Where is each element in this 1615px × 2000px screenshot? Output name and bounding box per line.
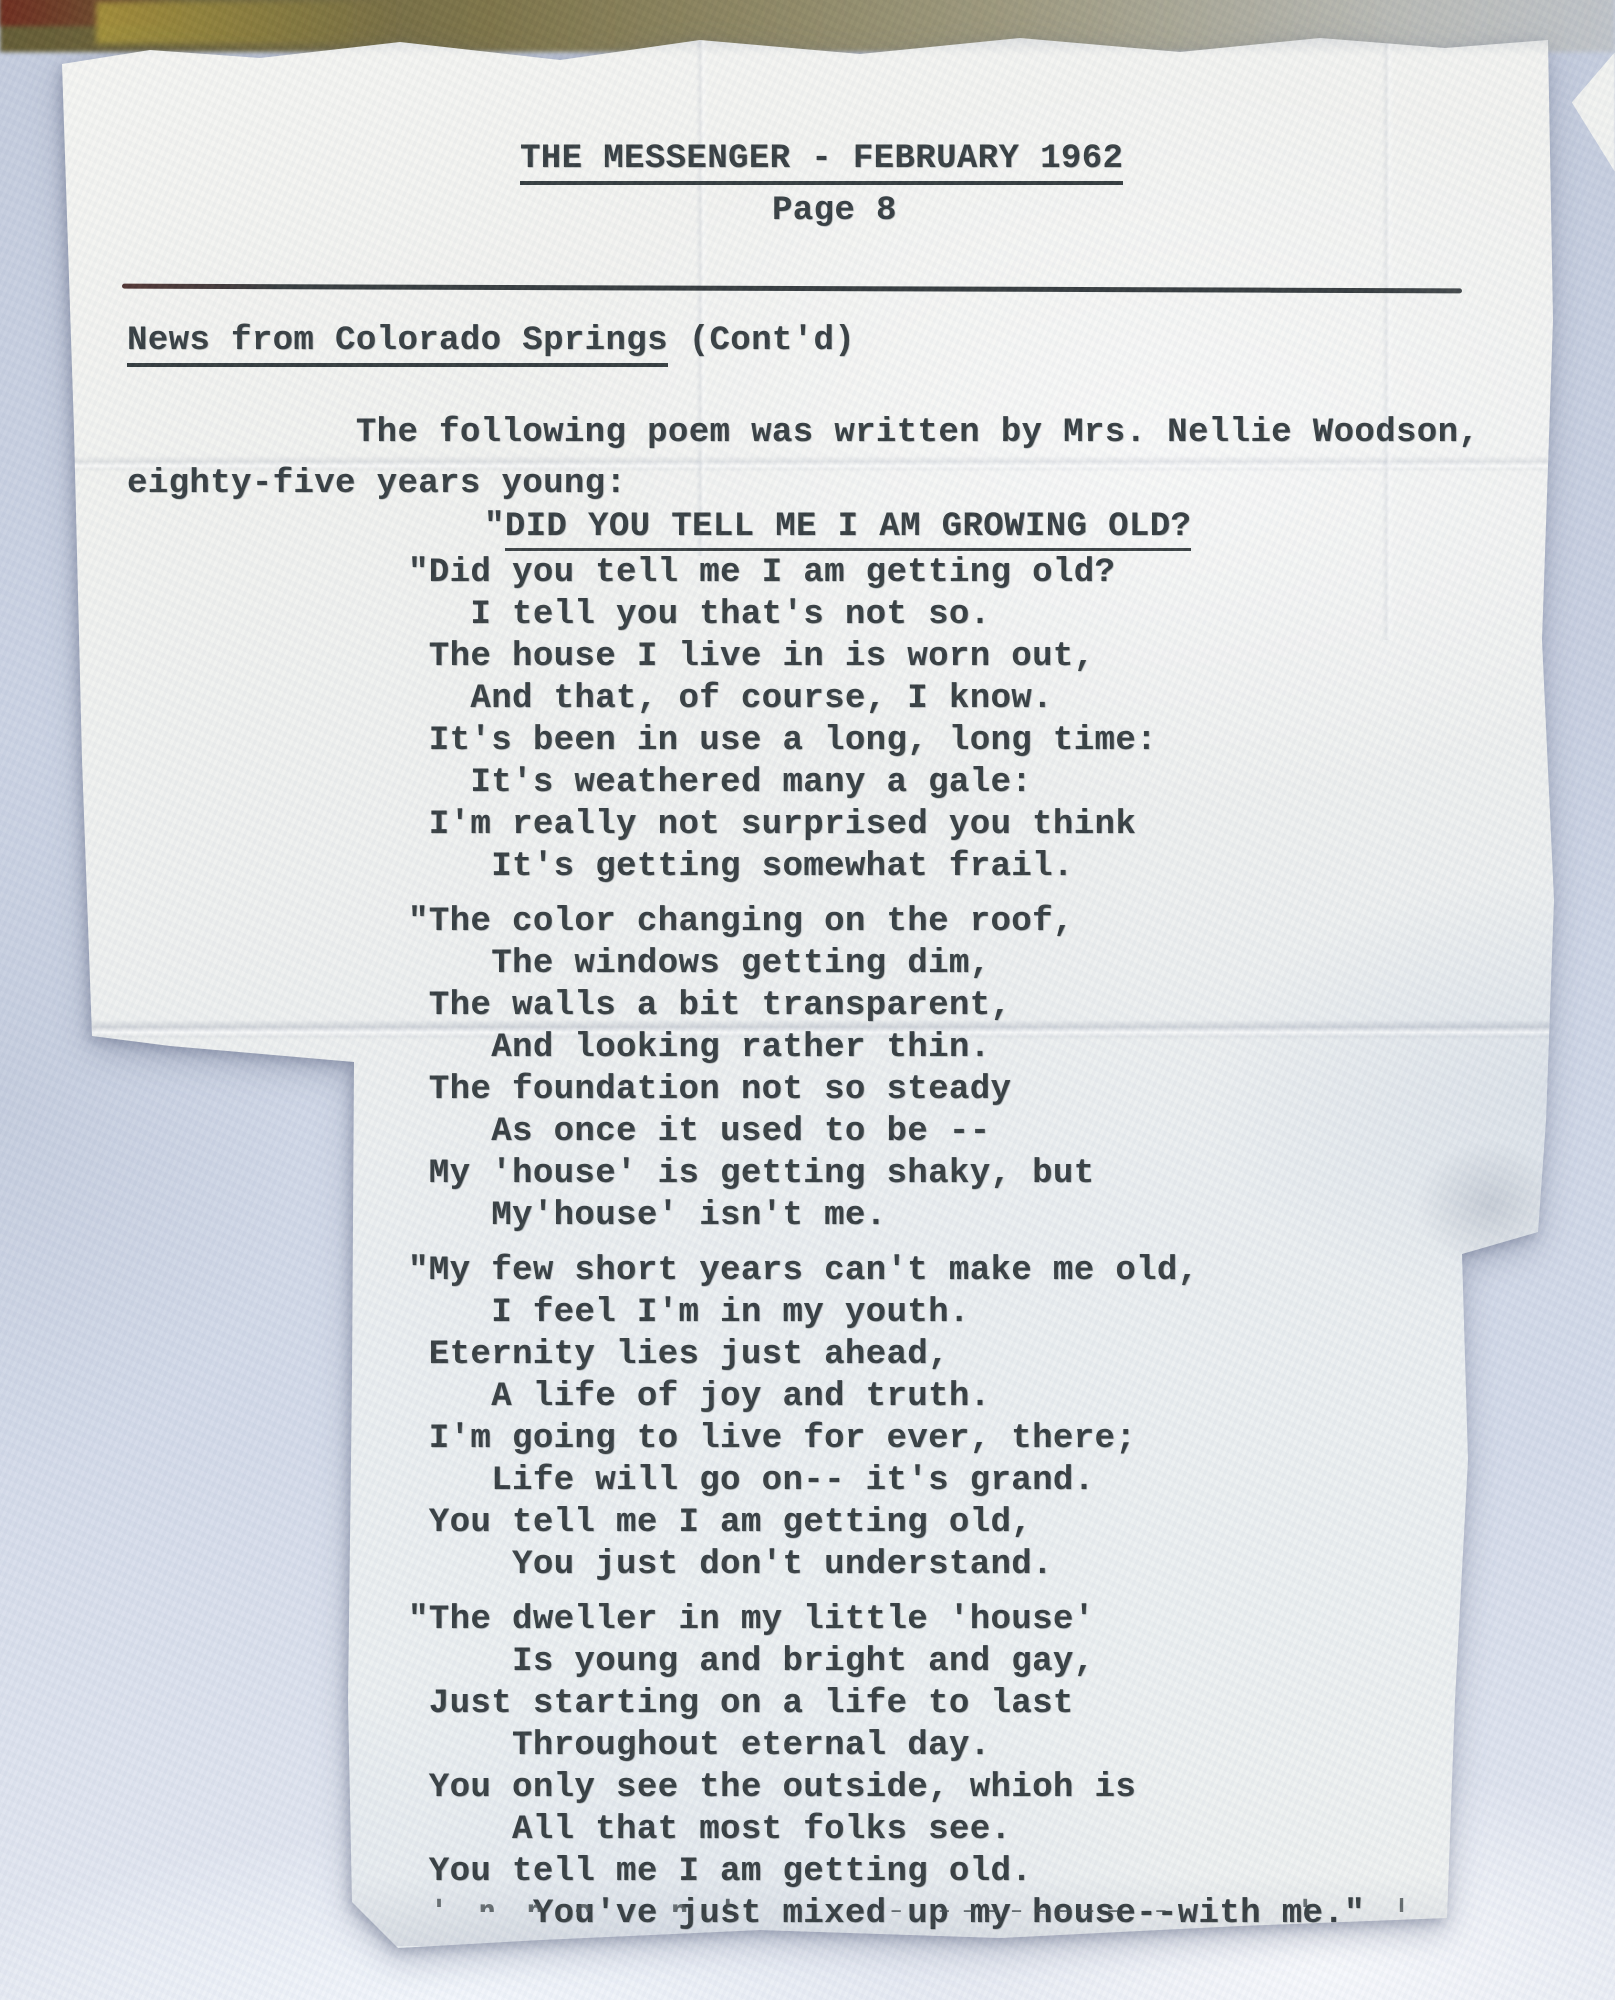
newsletter-title: THE MESSENGER - FEBRUARY 1962 (520, 138, 1123, 180)
cut-off-text-fragments: ' n n o . n ' . . .- -------- -. .. ' , … (430, 1894, 1430, 1912)
right-edge-step-shadow (1415, 1140, 1565, 1270)
newsletter-title-text: THE MESSENGER - FEBRUARY 1962 (520, 140, 1123, 185)
poem-stanza-4: "The dweller in my little 'house' Is you… (408, 1599, 1365, 1935)
poem-stanza-2: "The color changing on the roof, The win… (408, 901, 1365, 1237)
poem: "Did you tell me I am getting old? I tel… (408, 552, 1365, 1948)
poem-stanza-3: "My few short years can't make me old, I… (408, 1250, 1365, 1586)
section-heading-text: News from Colorado Springs (127, 322, 668, 367)
photo-of-document: THE MESSENGER - FEBRUARY 1962 Page 8 New… (0, 0, 1615, 2000)
intro-paragraph: The following poem was written by Mrs. N… (127, 408, 1479, 510)
poem-title: "DID YOU TELL ME I AM GROWING OLD? (484, 506, 1191, 548)
page-number: Page 8 (772, 190, 897, 232)
poem-title-text: DID YOU TELL ME I AM GROWING OLD? (505, 508, 1192, 551)
fold-crease-vertical-right (1382, 40, 1394, 640)
typewritten-page: THE MESSENGER - FEBRUARY 1962 Page 8 New… (0, 0, 1615, 2000)
paper-top-edge-shading (40, 30, 1570, 56)
divider-rule (122, 284, 1462, 294)
poem-title-open-quote: " (484, 508, 505, 546)
section-heading-suffix: (Cont'd) (668, 322, 855, 360)
paper-shadow-wrap: THE MESSENGER - FEBRUARY 1962 Page 8 New… (0, 0, 1615, 2000)
section-heading: News from Colorado Springs (Cont'd) (127, 320, 855, 362)
poem-stanza-1: "Did you tell me I am getting old? I tel… (408, 552, 1365, 888)
